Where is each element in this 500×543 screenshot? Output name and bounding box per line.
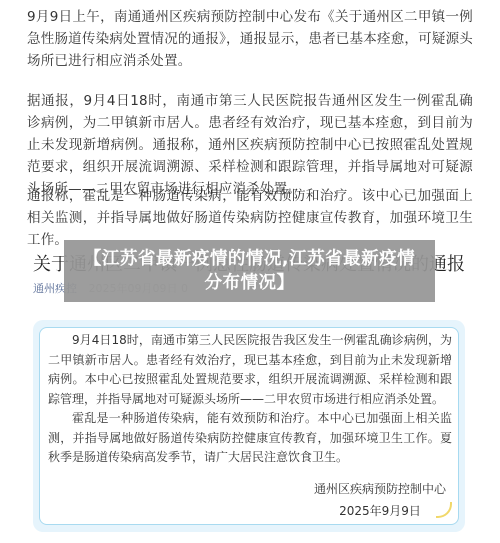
- notice-paragraph-1: 9月4日18时，南通市第三人民医院报告我区发生一例霍乱确诊病例，为二甲镇新市居人…: [48, 331, 452, 409]
- notice-sign-date: 2025年9月9日: [314, 500, 446, 522]
- notice-body: 9月4日18时，南通市第三人民医院报告我区发生一例霍乱确诊病例，为二甲镇新市居人…: [48, 331, 452, 468]
- article-paragraph-1: 9月9日上午，南通通州区疾病预防控制中心发布《关于通州区二甲镇一例急性肠道传染病…: [27, 6, 473, 72]
- notice-card: 9月4日18时，南通市第三人民医院报告我区发生一例霍乱确诊病例，为二甲镇新市居人…: [39, 327, 459, 525]
- article-paragraph-2: 据通报，9月4日18时，南通市第三人民医院报告通州区发生一例霍乱确诊病例，为二甲…: [27, 90, 473, 200]
- notice-signature: 通州区疾病预防控制中心: [314, 478, 446, 500]
- headline-overlay-text: 【江苏省最新疫情的情况,江苏省最新疫情分布情况】: [80, 247, 420, 295]
- notice-paragraph-2: 霍乱是一种肠道传染病，能有效预防和治疗。本中心已加强面上相关监测，并指导属地做好…: [48, 409, 452, 468]
- headline-overlay: 【江苏省最新疫情的情况,江苏省最新疫情分布情况】: [64, 240, 435, 302]
- paragraph-text: 据通报，9月4日18时，南通市第三人民医院报告通州区发生一例霍乱确诊病例，为二甲…: [27, 90, 473, 200]
- paragraph-text: 9月9日上午，南通通州区疾病预防控制中心发布《关于通州区二甲镇一例急性肠道传染病…: [27, 6, 473, 72]
- corner-decoration-icon: [436, 502, 452, 518]
- notice-signature-block: 通州区疾病预防控制中心 2025年9月9日: [314, 478, 446, 522]
